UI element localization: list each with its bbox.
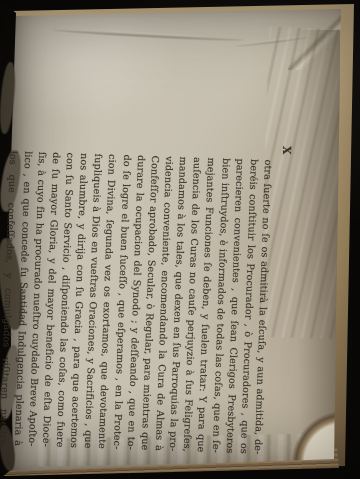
book-photo: X otra ſuerte no ſe os admitirà la eſcuſ… — [0, 0, 360, 479]
photo-vignette — [0, 0, 360, 479]
